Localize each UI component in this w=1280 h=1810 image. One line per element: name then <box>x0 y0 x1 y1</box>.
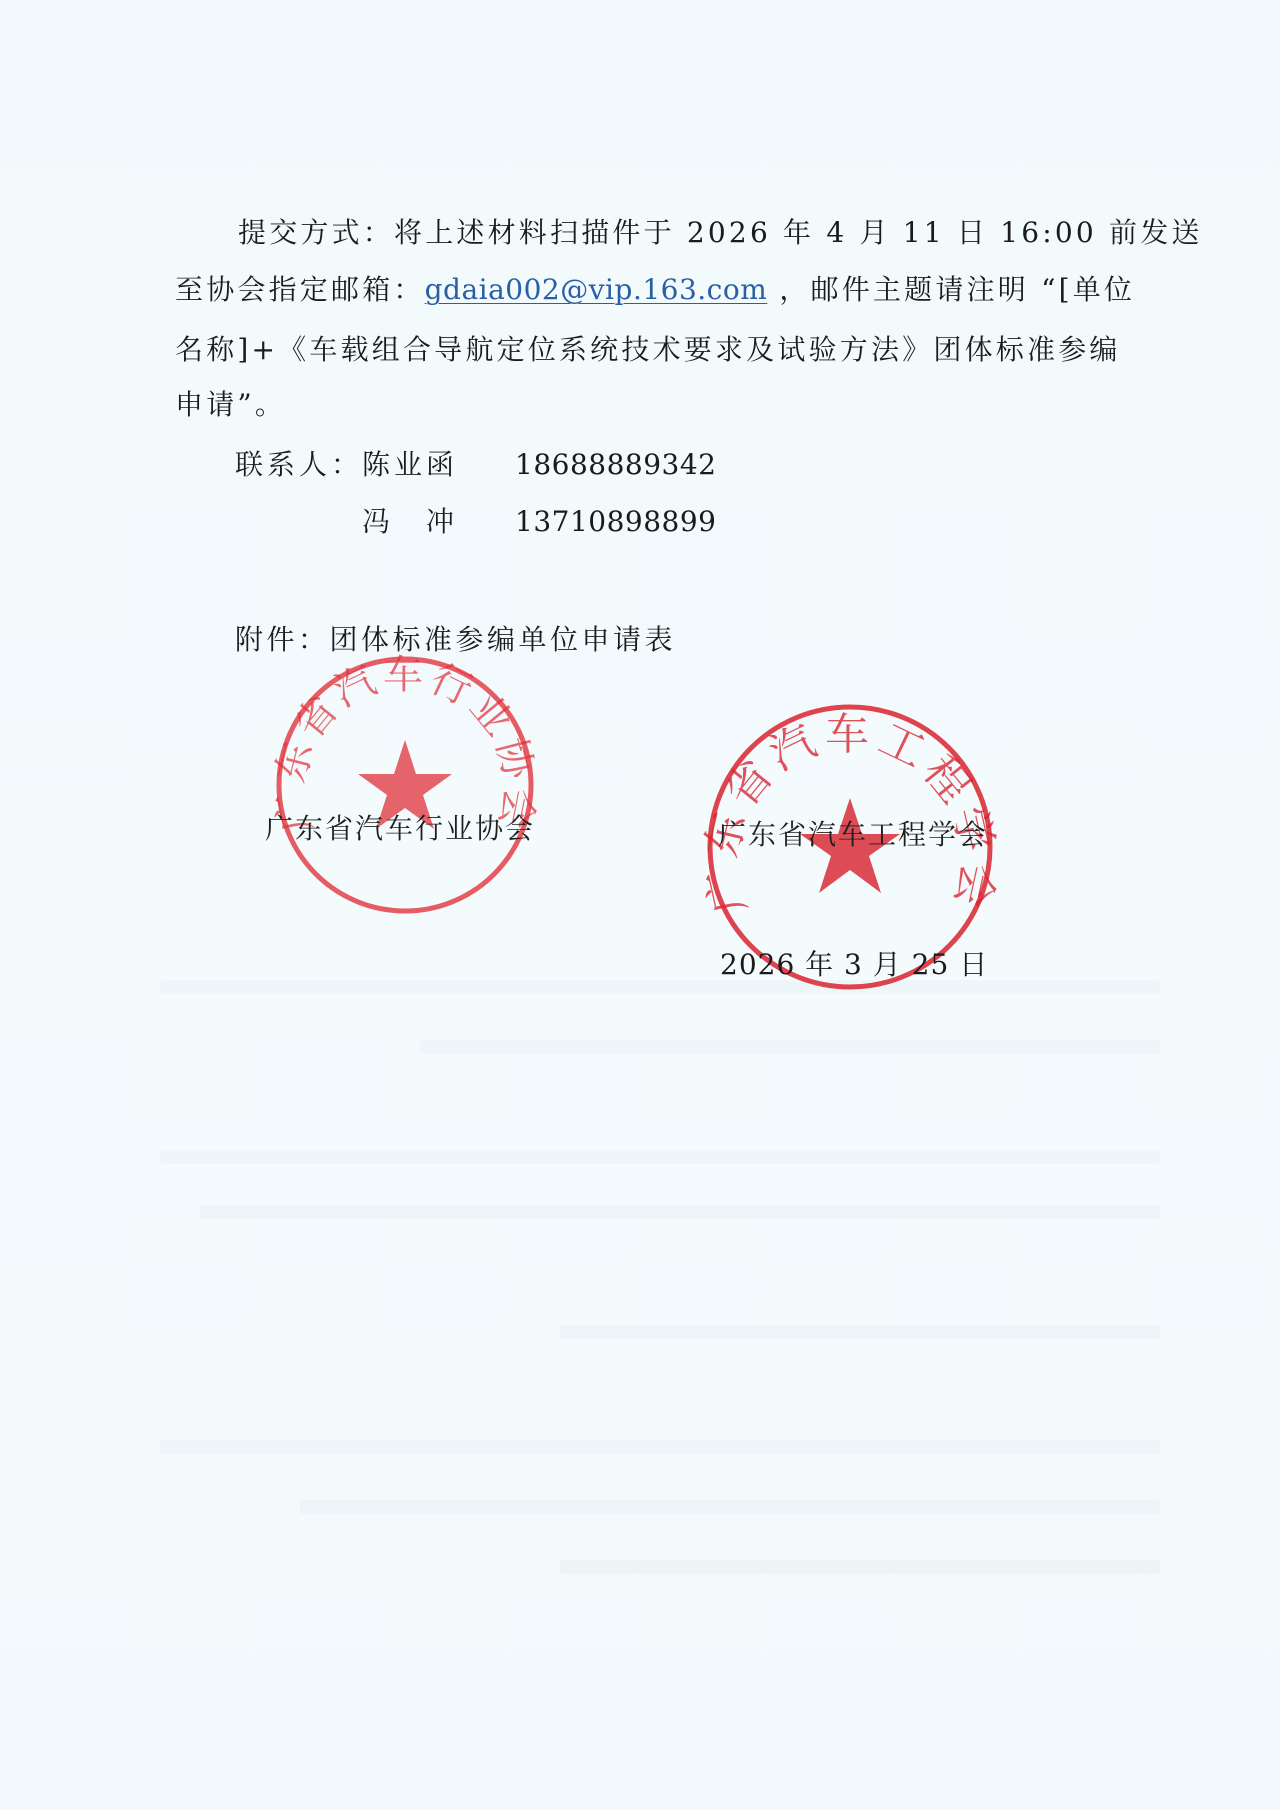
attachment-line: 附件：团体标准参编单位申请表 <box>235 623 676 657</box>
bleed-through-texture <box>160 1440 1160 1454</box>
submission-line-2-prefix: 至协会指定邮箱： <box>175 273 425 306</box>
contact-name: 冯 冲 <box>362 505 458 539</box>
submission-line-3: 名称]+《车载组合导航定位系统技术要求及试验方法》团体标准参编 <box>175 333 1121 367</box>
bleed-through-texture <box>160 980 1160 994</box>
bleed-through-texture <box>560 1325 1160 1339</box>
bleed-through-texture <box>300 1500 1160 1514</box>
signature-date: 2026 年 3 月 25 日 <box>720 948 988 982</box>
submission-line-1: 提交方式：将上述材料扫描件于 2026 年 4 月 11 日 16:00 前发送 <box>238 216 1203 250</box>
contact-name: 陈业函 <box>362 448 458 482</box>
submission-line-2-suffix: ，邮件主题请注明 “[单位 <box>767 273 1135 306</box>
contact-phone: 18688889342 <box>515 448 716 482</box>
org1-name: 广东省汽车行业协会 <box>265 812 535 846</box>
bleed-through-texture <box>200 1205 1160 1219</box>
email-link[interactable]: gdaia002@vip.163.com <box>425 273 768 306</box>
contacts-label: 联系人： <box>235 448 363 482</box>
org2-name: 广东省汽车工程学会 <box>718 818 988 852</box>
submission-line-2: 至协会指定邮箱：gdaia002@vip.163.com ，邮件主题请注明 “[… <box>175 273 1135 307</box>
bleed-through-texture <box>560 1560 1160 1574</box>
bleed-through-texture <box>420 1040 1160 1054</box>
contact-phone: 13710898899 <box>515 505 716 539</box>
document-page <box>0 0 1280 1810</box>
submission-line-4: 申请”。 <box>175 388 286 422</box>
bleed-through-texture <box>160 1150 1160 1164</box>
